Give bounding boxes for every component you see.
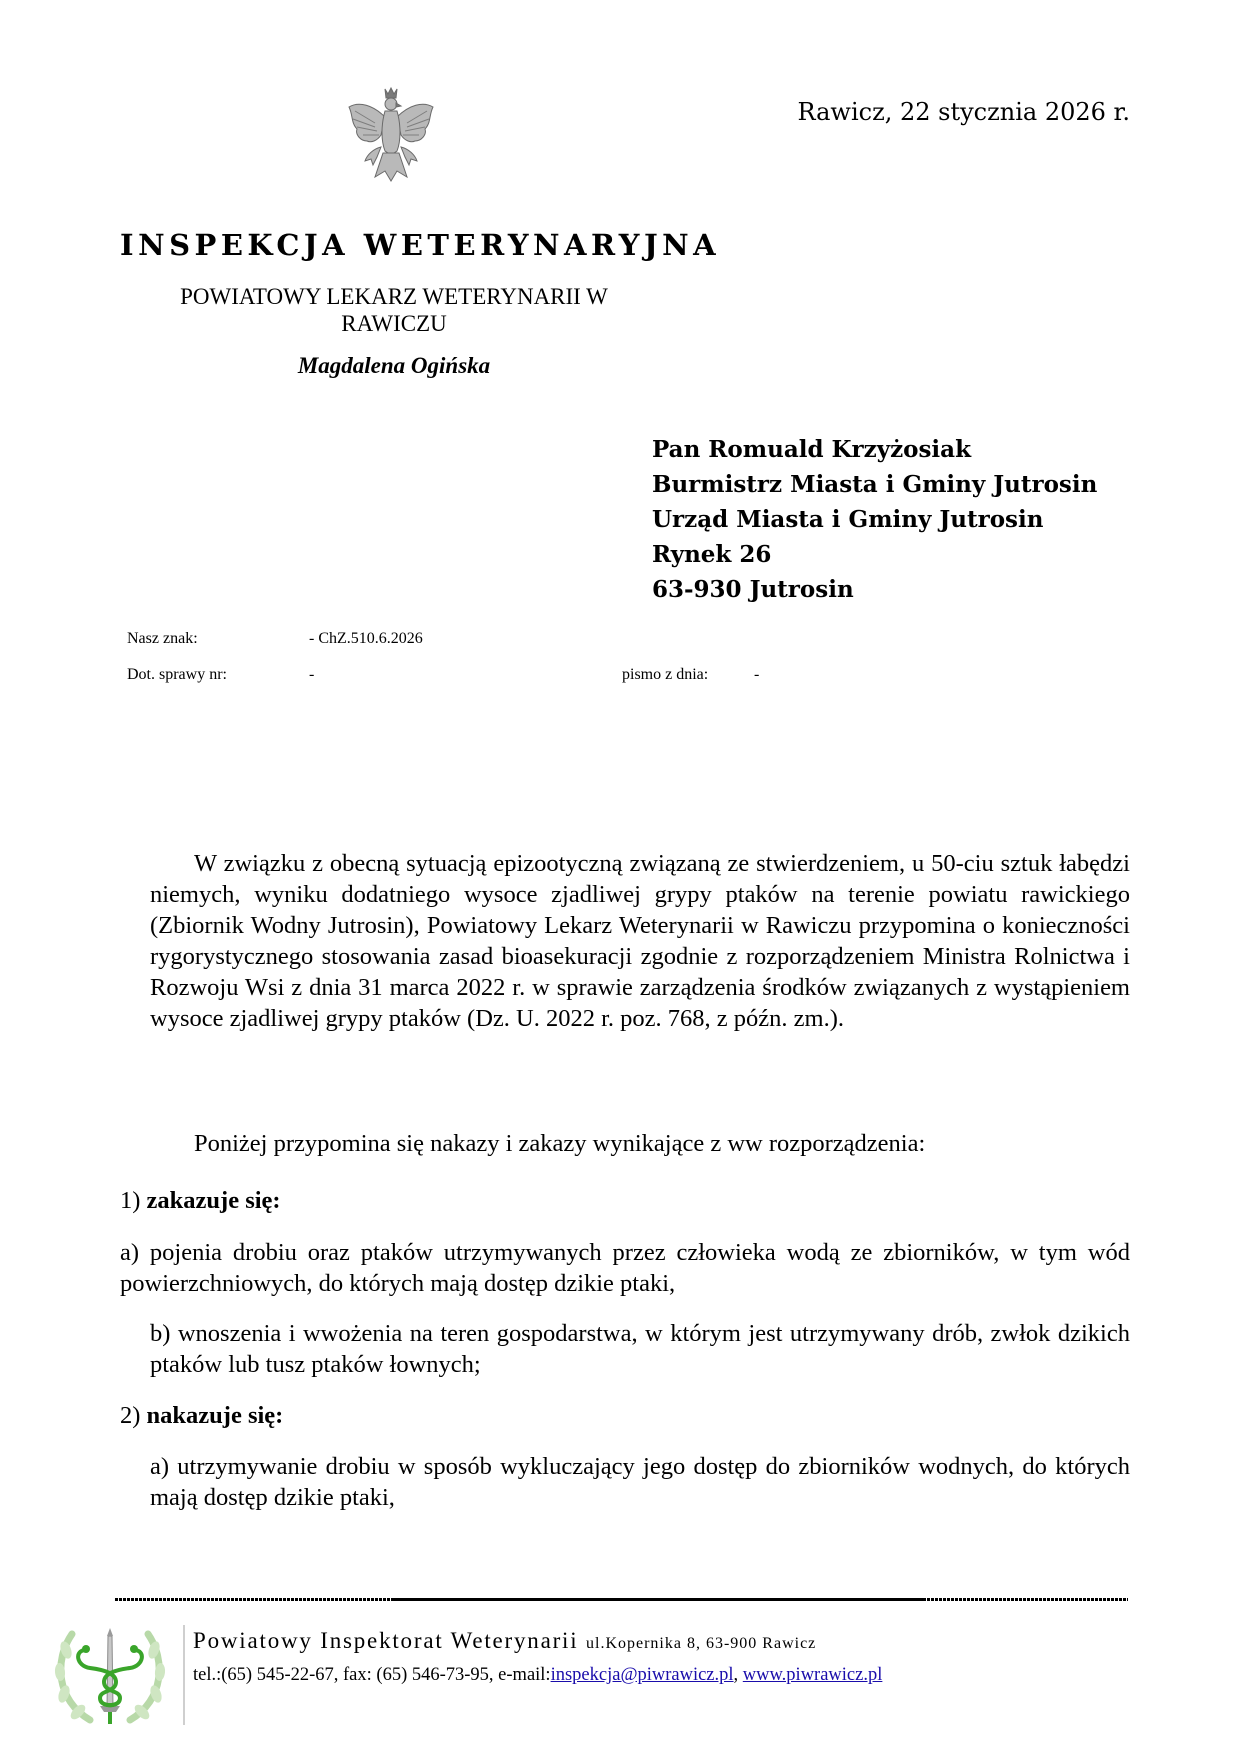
footer-contact-line: tel.:(65) 545-22-67, fax: (65) 546-73-95…: [193, 1665, 882, 1686]
section-2-number: 2): [120, 1402, 140, 1429]
recipient-postcode-city: 63-930 Jutrosin: [652, 572, 1097, 607]
footer-address: ul.Kopernika 8, 63-900 Rawicz: [586, 1635, 816, 1652]
letter-date: Rawicz, 22 stycznia 2026 r.: [700, 98, 1130, 126]
recipient-address: Pan Romuald Krzyżosiak Burmistrz Miasta …: [652, 432, 1097, 607]
footer-separator-text: ,: [734, 1665, 743, 1685]
footer-website-link[interactable]: www.piwrawicz.pl: [743, 1665, 883, 1685]
case-number-label: Dot. sprawy nr:: [127, 666, 227, 684]
section-1-item-a: a) pojenia drobiu oraz ptaków utrzymywan…: [120, 1237, 1130, 1299]
reminder-paragraph: Poniżej przypomina się nakazy i zakazy w…: [194, 1128, 1134, 1159]
section-1-title: zakazuje się:: [147, 1187, 281, 1214]
footer-org-line: Powiatowy Inspektorat Weterynarii ul.Kop…: [193, 1628, 816, 1654]
case-number-value: -: [309, 666, 314, 684]
office-title-line1: POWIATOWY LEKARZ WETERYNARII W: [120, 283, 668, 310]
recipient-street: Rynek 26: [652, 537, 1097, 572]
section-2-item-a: a) utrzymywanie drobiu w sposób wyklucza…: [150, 1451, 1130, 1513]
office-title: POWIATOWY LEKARZ WETERYNARII W RAWICZU: [120, 283, 668, 337]
footer-separator: [183, 1625, 185, 1725]
footer-phone-fax: tel.:(65) 545-22-67, fax: (65) 546-73-95…: [193, 1665, 551, 1685]
institution-name: INSPEKCJA WETERYNARYJNA: [120, 228, 720, 262]
letter-date-value: -: [754, 666, 759, 684]
section-2-heading: 2) nakazuje się:: [120, 1400, 283, 1431]
recipient-position: Burmistrz Miasta i Gminy Jutrosin: [652, 467, 1097, 502]
section-1-item-b: b) wnoszenia i wwożenia na teren gospoda…: [150, 1318, 1130, 1380]
recipient-office: Urząd Miasta i Gminy Jutrosin: [652, 502, 1097, 537]
section-2-title: nakazuje się:: [147, 1402, 284, 1429]
intro-paragraph: W związku z obecną sytuacją epizootyczną…: [150, 848, 1130, 1034]
caduceus-laurel-logo-icon: [50, 1620, 170, 1732]
polish-eagle-emblem-icon: [345, 85, 437, 183]
footer-divider: [115, 1598, 1128, 1601]
recipient-name: Pan Romuald Krzyżosiak: [652, 432, 1097, 467]
section-1-number: 1): [120, 1187, 140, 1214]
our-sign-label: Nasz znak:: [127, 630, 198, 648]
section-1-heading: 1) zakazuje się:: [120, 1185, 281, 1216]
office-title-line2: RAWICZU: [120, 310, 668, 337]
footer-org-name: Powiatowy Inspektorat Weterynarii: [193, 1628, 578, 1653]
footer-email-link[interactable]: inspekcja@piwrawicz.pl: [551, 1665, 734, 1685]
our-sign-value: - ChZ.510.6.2026: [309, 630, 423, 648]
officer-name: Magdalena Ogińska: [120, 353, 668, 379]
letter-date-label: pismo z dnia:: [622, 666, 708, 684]
